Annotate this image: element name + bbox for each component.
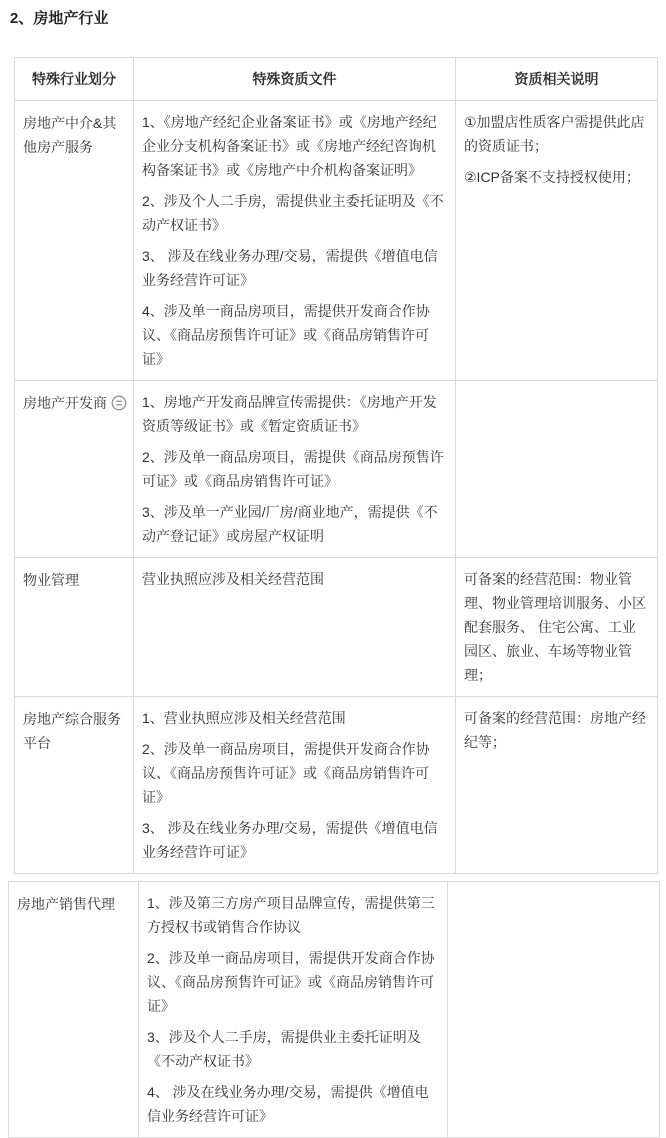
notes-cell: 可备案的经营范围：物业管理、物业管理培训服务、小区配套服务、 住宅公寓、工业园区…: [456, 558, 658, 697]
table-row-agency: 房地产中介&其他房产服务 1、《房地产经纪企业备案证书》或《房地产经纪企业分支机…: [15, 101, 658, 381]
documents-cell: 1、涉及第三方房产项目品牌宣传，需提供第三方授权书或销售合作协议 2、涉及单一商…: [139, 882, 448, 1138]
category-label: 房地产综合服务平台: [23, 711, 121, 751]
header-industry-division: 特殊行业划分: [15, 58, 134, 101]
category-cell: 物业管理: [15, 558, 134, 697]
document-item: 1、营业执照应涉及相关经营范围: [142, 706, 447, 730]
document-item: 3、涉及个人二手房，需提供业主委托证明及《不动产权证书》: [147, 1025, 439, 1073]
document-item: 4、 涉及在线业务办理/交易，需提供《增值电信业务经营许可证》: [147, 1080, 439, 1128]
table-row-property-management: 物业管理 营业执照应涉及相关经营范围 可备案的经营范围：物业管理、物业管理培训服…: [15, 558, 658, 697]
document-item: 2、涉及单一商品房项目，需提供《商品房预售许可证》或《商品房销售许可证》: [142, 445, 447, 493]
document-item: 1、涉及第三方房产项目品牌宣传，需提供第三方授权书或销售合作协议: [147, 891, 439, 939]
document-item: 1、《房地产经纪企业备案证书》或《房地产经纪企业分支机构备案证书》或《房地产经纪…: [142, 110, 447, 182]
documents-cell: 1、《房地产经纪企业备案证书》或《房地产经纪企业分支机构备案证书》或《房地产经纪…: [134, 101, 456, 381]
qualification-table: 特殊行业划分 特殊资质文件 资质相关说明 房地产中介&其他房产服务 1、《房地产…: [14, 57, 658, 874]
category-label: 房地产销售代理: [17, 896, 115, 912]
table-row-comprehensive-platform: 房地产综合服务平台 1、营业执照应涉及相关经营范围 2、涉及单一商品房项目，需提…: [15, 697, 658, 874]
documents-cell: 营业执照应涉及相关经营范围: [134, 558, 456, 697]
documents-cell: 1、房地产开发商品牌宣传需提供：《房地产开发资质等级证书》或《暂定资质证书》 2…: [134, 381, 456, 558]
document-item: 2、涉及单一商品房项目，需提供开发商合作协议、《商品房预售许可证》或《商品房销售…: [142, 737, 447, 809]
notes-cell: ①加盟店性质客户需提供此店的资质证书； ②ICP备案不支持授权使用；: [456, 101, 658, 381]
category-cell: 房地产开发商: [15, 381, 134, 558]
notes-cell: [448, 882, 660, 1138]
table-row-sales-agency: 房地产销售代理 1、涉及第三方房产项目品牌宣传，需提供第三方授权书或销售合作协议…: [9, 882, 660, 1138]
category-label: 物业管理: [23, 572, 79, 588]
category-cell: 房地产综合服务平台: [15, 697, 134, 874]
documents-cell: 1、营业执照应涉及相关经营范围 2、涉及单一商品房项目，需提供开发商合作协议、《…: [134, 697, 456, 874]
document-item: 3、 涉及在线业务办理/交易，需提供《增值电信业务经营许可证》: [142, 816, 447, 864]
document-item: 2、涉及个人二手房，需提供业主委托证明及《不动产权证书》: [142, 189, 447, 237]
circled-equals-icon: [111, 395, 127, 411]
table-row-developer: 房地产开发商 1、房地产开发商品牌宣传需提供：《房地产开发资质等级证书》或《暂定…: [15, 381, 658, 558]
table-header-row: 特殊行业划分 特殊资质文件 资质相关说明: [15, 58, 658, 101]
notes-cell: [456, 381, 658, 558]
header-qualification-notes: 资质相关说明: [456, 58, 658, 101]
note-item: 可备案的经营范围：房地产经纪等；: [464, 706, 649, 754]
page-title: 2、房地产行业: [0, 0, 666, 29]
document-item: 3、 涉及在线业务办理/交易，需提供《增值电信业务经营许可证》: [142, 244, 447, 292]
sales-agency-table: 房地产销售代理 1、涉及第三方房产项目品牌宣传，需提供第三方授权书或销售合作协议…: [8, 881, 660, 1138]
category-cell: 房地产中介&其他房产服务: [15, 101, 134, 381]
note-item: ②ICP备案不支持授权使用；: [464, 165, 649, 189]
document-item: 1、房地产开发商品牌宣传需提供：《房地产开发资质等级证书》或《暂定资质证书》: [142, 390, 447, 438]
notes-cell: 可备案的经营范围：房地产经纪等；: [456, 697, 658, 874]
category-label: 房地产开发商: [23, 395, 107, 411]
category-cell: 房地产销售代理: [9, 882, 139, 1138]
document-item: 3、涉及单一产业园/厂房/商业地产，需提供《不动产登记证》或房屋产权证明: [142, 500, 447, 548]
note-item: ①加盟店性质客户需提供此店的资质证书；: [464, 110, 649, 158]
document-item: 4、涉及单一商品房项目，需提供开发商合作协议、《商品房预售许可证》或《商品房销售…: [142, 299, 447, 371]
document-item: 2、涉及单一商品房项目，需提供开发商合作协议、《商品房预售许可证》或《商品房销售…: [147, 946, 439, 1018]
category-label: 房地产中介&其他房产服务: [23, 115, 116, 155]
document-item: 营业执照应涉及相关经营范围: [142, 567, 447, 591]
note-item: 可备案的经营范围：物业管理、物业管理培训服务、小区配套服务、 住宅公寓、工业园区…: [464, 567, 649, 687]
header-special-documents: 特殊资质文件: [134, 58, 456, 101]
